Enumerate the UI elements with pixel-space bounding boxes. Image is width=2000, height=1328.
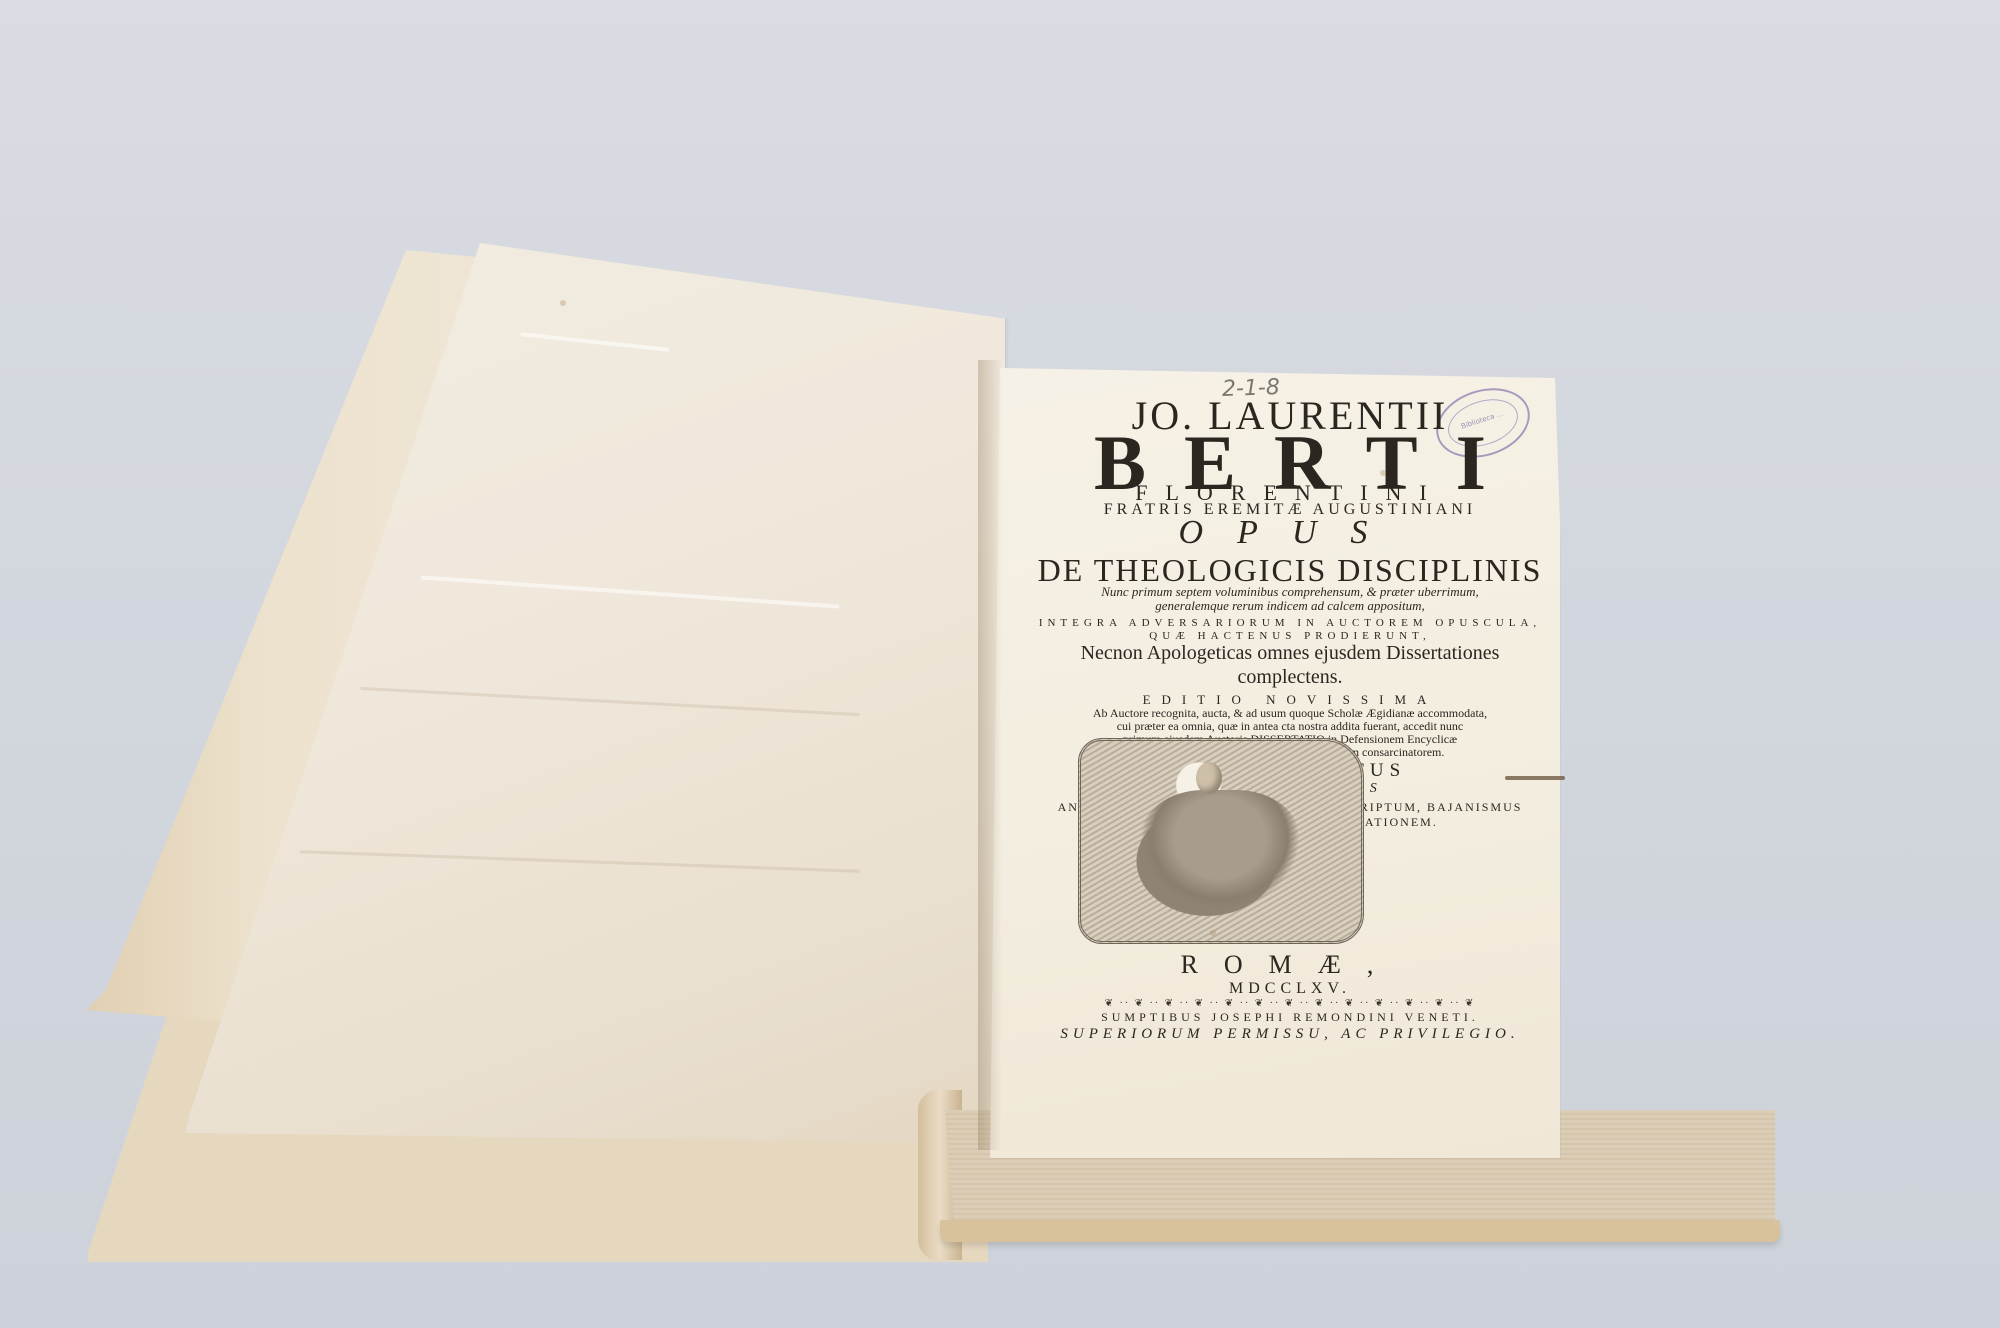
photo-scene: 2-1-8 Biblioteca ... JO. LAURENTII BERTI…: [0, 0, 2000, 1328]
printer-ornament: ❦ ·· ❦ ·· ❦ ·· ❦ ·· ❦ ·· ❦ ·· ❦ ·· ❦ ·· …: [990, 998, 1590, 1009]
subtitle-line-2: generalemque rerum indicem ad calcem app…: [990, 598, 1590, 614]
integra-line-2: QUÆ HACTENUS PRODIERUNT,: [990, 630, 1590, 642]
pencil-mark: [1505, 776, 1565, 780]
vignette-saint-head: [1196, 762, 1222, 794]
opus-label: OPUS: [990, 514, 1590, 552]
integra-line-1: INTEGRA ADVERSARIORUM IN AUCTOREM OPUSCU…: [990, 617, 1590, 629]
imprint-year: MDCCLXV.: [990, 980, 1590, 998]
foxing-spot: [1210, 930, 1216, 936]
necnon-line: Necnon Apologeticas omnes ejusdem Disser…: [990, 642, 1590, 665]
bottom-board: [940, 1220, 1780, 1242]
complectens-line: complectens.: [990, 666, 1590, 689]
vignette-figure: [1140, 790, 1300, 910]
publisher-line: SUMPTIBUS JOSEPHI REMONDINI VENETI.: [990, 1010, 1590, 1025]
foxing-spot: [560, 300, 566, 306]
privilege-line: SUPERIORUM PERMISSU, AC PRIVILEGIO.: [990, 1026, 1590, 1043]
imprint-place: ROMÆ,: [990, 950, 1590, 980]
foxing-spot: [1380, 470, 1386, 476]
